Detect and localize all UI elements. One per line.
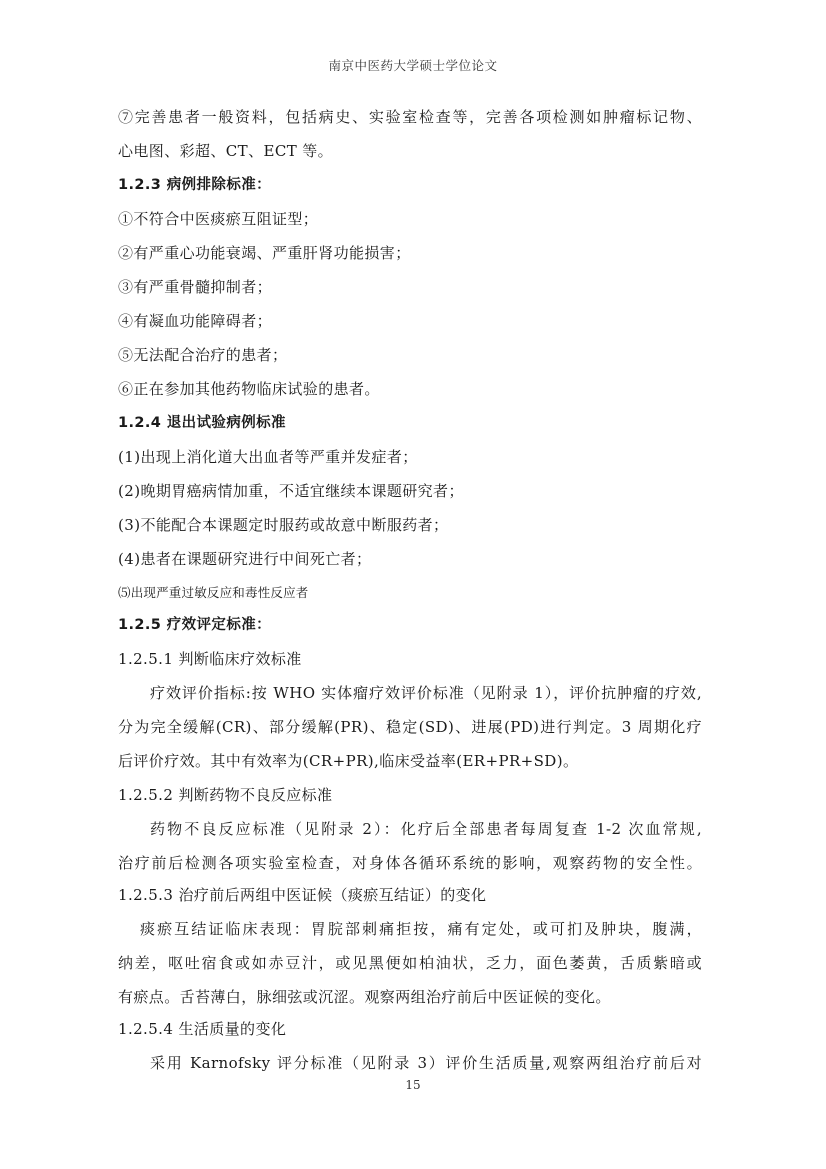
paragraph-line: 疗效评价指标:按 WHO 实体瘤疗效评价标准（见附录 1），评价抗肿瘤的疗效, [150,683,702,703]
withdrawal-item: ⑸出现严重过敏反应和毒性反应者 [118,583,309,603]
exclusion-item: ①不符合中医痰瘀互阻证型； [118,209,318,229]
withdrawal-item: (4)患者在课题研究进行中间死亡者； [118,549,371,569]
paragraph-line: 纳差，呕吐宿食或如赤豆汁，或见黑便如柏油状，乏力，面色萎黄，舌质紫暗或 [118,953,702,973]
subsection-heading-1-2-5-1: 1.2.5.1 判断临床疗效标准 [118,649,302,669]
paragraph-line: 后评价疗效。其中有效率为(CR+PR),临床受益率(ER+PR+SD)。 [118,751,578,771]
paragraph-line: 有瘀点。舌苔薄白，脉细弦或沉涩。观察两组治疗前后中医证候的变化。 [118,987,611,1007]
paragraph-line: ⑦完善患者一般资料，包括病史、实验室检查等，完善各项检测如肿瘤标记物、 [118,107,702,127]
exclusion-item: ⑥正在参加其他药物临床试验的患者。 [118,379,380,399]
paragraph-line: 药物不良反应标准（见附录 2）：化疗后全部患者每周复查 1-2 次血常规, [150,819,702,839]
section-heading-1-2-5: 1.2.5 疗效评定标准： [118,615,271,635]
subsection-heading-1-2-5-2: 1.2.5.2 判断药物不良反应标准 [118,785,332,805]
exclusion-item: ⑤无法配合治疗的患者； [118,345,287,365]
paragraph-line: 痰瘀互结证临床表现：胃脘部刺痛拒按，痛有定处，或可扪及肿块，腹满， [140,919,702,939]
running-header: 南京中医药大学硕士学位论文 [0,56,826,74]
paragraph-line: 采用 Karnofsky 评分标准（见附录 3）评价生活质量,观察两组治疗前后对 [150,1053,702,1073]
exclusion-item: ③有严重骨髓抑制者； [118,277,272,297]
subsection-heading-1-2-5-4: 1.2.5.4 生活质量的变化 [118,1019,286,1039]
exclusion-item: ④有凝血功能障碍者； [118,311,272,331]
exclusion-item: ②有严重心功能衰竭、严重肝肾功能损害； [118,243,411,263]
withdrawal-item: (2)晚期胃癌病情加重，不适宜继续本课题研究者； [118,481,464,501]
section-heading-1-2-4: 1.2.4 退出试验病例标准 [118,413,286,433]
page-number: 15 [0,1078,826,1092]
withdrawal-item: (3)不能配合本课题定时服药或故意中断服药者； [118,515,448,535]
paragraph-line: 治疗前后检测各项实验室检查，对身体各循环系统的影响，观察药物的安全性。 [118,853,702,873]
withdrawal-item: (1)出现上消化道大出血者等严重并发症者； [118,447,418,467]
subsection-heading-1-2-5-3: 1.2.5.3 治疗前后两组中医证候（痰瘀互结证）的变化 [118,885,486,905]
section-heading-1-2-3: 1.2.3 病例排除标准： [118,175,271,195]
paragraph-line: 分为完全缓解(CR)、部分缓解(PR)、稳定(SD)、进展(PD)进行判定。3 … [118,717,702,737]
paragraph-line: 心电图、彩超、CT、ECT 等。 [118,141,333,161]
